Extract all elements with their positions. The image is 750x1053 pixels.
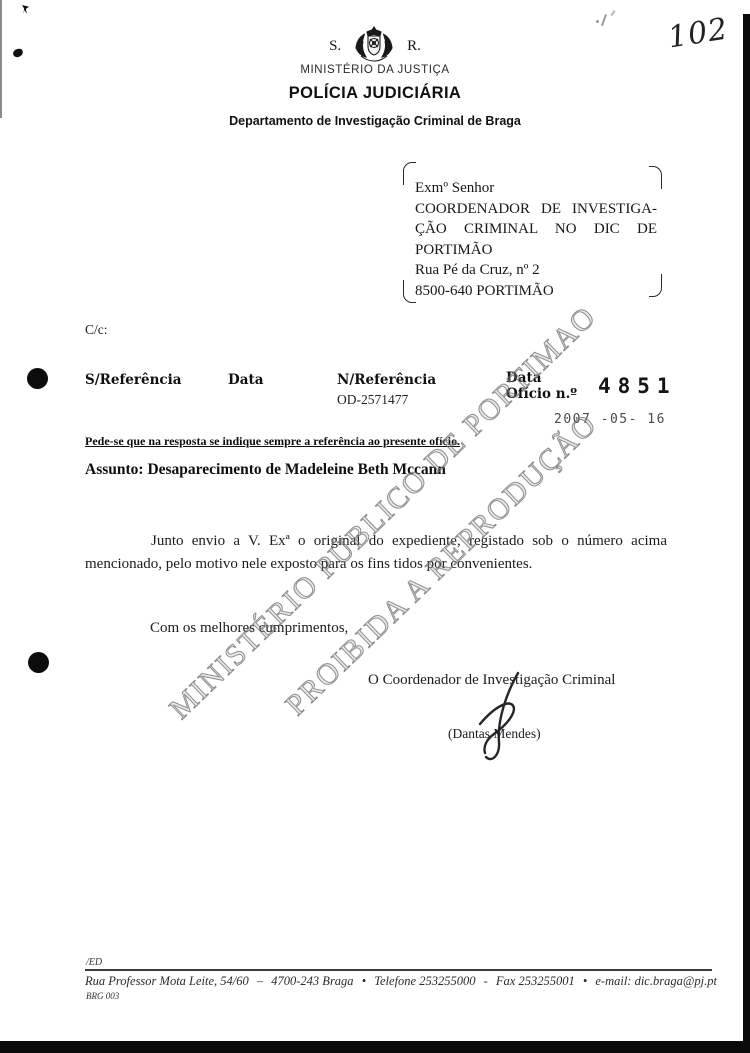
footer-dash: - [479,974,493,988]
footer-ndash: – [252,974,268,988]
signer-name-line: (Dantas Mendes) [448,726,541,742]
footer-email: e-mail: dic.braga@pj.pt [595,974,717,988]
handwritten-signature [462,668,542,769]
recipient-address-block: Exmº SenhorCOORDENADOR DE INVESTIGA-ÇÃO … [415,178,657,301]
scan-edge-right [743,14,750,1053]
oficio-number-label: Ofício n.º [506,386,577,402]
crest-letter-r: R. [407,38,421,55]
closing-line: Com os melhores cumprimentos, [150,620,348,637]
recipient-line: Rua Pé da Cruz, nº 2 [415,260,657,281]
recipient-line: 8500-640 PORTIMÃO [415,281,657,302]
header-crest-row: S. R. [0,24,750,69]
subject-line: Assunto: Desaparecimento de Madeleine Be… [85,461,446,479]
footer-rule [85,969,712,971]
our-reference-value: OD-2571477 [337,392,408,408]
footer-bullet-1: • [357,974,371,988]
recipient-line: Exmº Senhor [415,178,657,199]
crest-letter-s: S. [329,38,341,55]
footer-bullet-2: • [578,974,592,988]
hole-punch-bottom [28,652,49,673]
footer-street: Rua Professor Mota Leite, 54/60 [85,974,249,988]
form-code: BRG 003 [86,991,119,1001]
faint-pen-mark-3 [610,10,615,16]
date-stamp: 2007 -05- 16 [554,412,666,427]
date-label-left: Data [228,372,263,388]
oficio-number-stamp: 4851 [598,374,677,398]
footer-postal: 4700-243 Braga [271,974,353,988]
faint-pen-mark-2 [596,20,599,23]
recipient-line: ÇÃO CRIMINAL NO DIC DE [415,219,657,240]
ministry-title: MINISTÉRIO DA JUSTIÇA [0,64,750,76]
scanned-letter-page: { "annotations": { "page_number_handwrit… [0,0,750,1053]
recipient-line: COORDENADOR DE INVESTIGA- [415,199,657,220]
date-label-right: Data [506,370,541,386]
coat-of-arms-icon [351,24,397,69]
ink-mark-top-left [22,5,29,14]
body-paragraph: Junto envio a V. Exª o original do exped… [85,530,667,575]
organization-title: POLÍCIA JUDICIÁRIA [0,84,750,103]
your-reference-label: S/Referência [85,372,182,388]
hole-punch-top [27,368,48,389]
department-title: Departamento de Investigação Criminal de… [0,114,750,128]
reply-reference-notice: Pede-se que na resposta se indique sempr… [85,434,460,449]
scan-edge-left-line [0,0,2,118]
footer-telephone: Telefone 253255000 [374,974,475,988]
cc-label: C/c: [85,322,108,338]
footer-address-line: Rua Professor Mota Leite, 54/60 – 4700-2… [85,974,712,989]
scan-edge-bottom [0,1041,750,1053]
footer-fax: Fax 253255001 [496,974,575,988]
recipient-line: PORTIMÃO [415,240,657,261]
our-reference-label: N/Referência [337,372,436,388]
handling-initials: /ED [86,957,102,968]
